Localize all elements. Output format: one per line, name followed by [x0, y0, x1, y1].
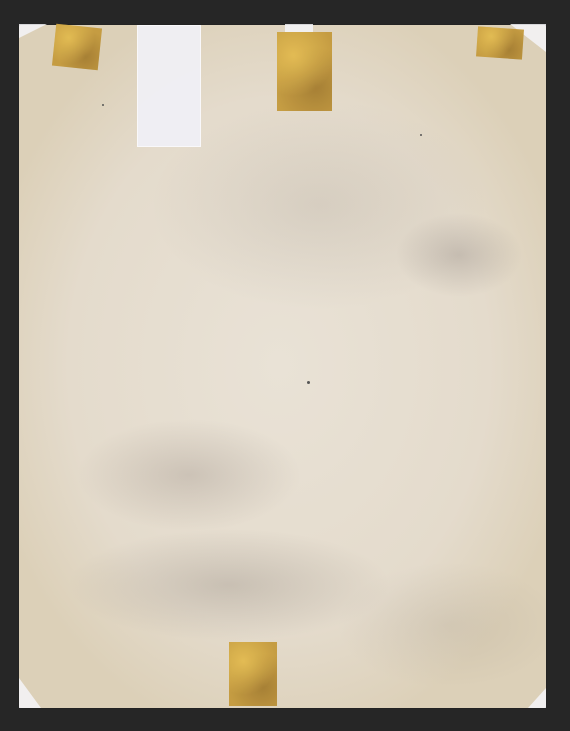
- tape-top-center: [277, 32, 332, 111]
- tape-top-center-white-edge: [285, 24, 313, 32]
- paper-sheet: [19, 25, 546, 708]
- tape-bottom-center: [229, 642, 277, 706]
- tape-top-clear-strip: [137, 25, 201, 147]
- tape-top-left: [52, 24, 102, 71]
- dirt-speck: [307, 381, 310, 384]
- dirt-speck: [420, 134, 422, 136]
- tape-top-right: [476, 26, 524, 59]
- dirt-speck: [102, 104, 104, 106]
